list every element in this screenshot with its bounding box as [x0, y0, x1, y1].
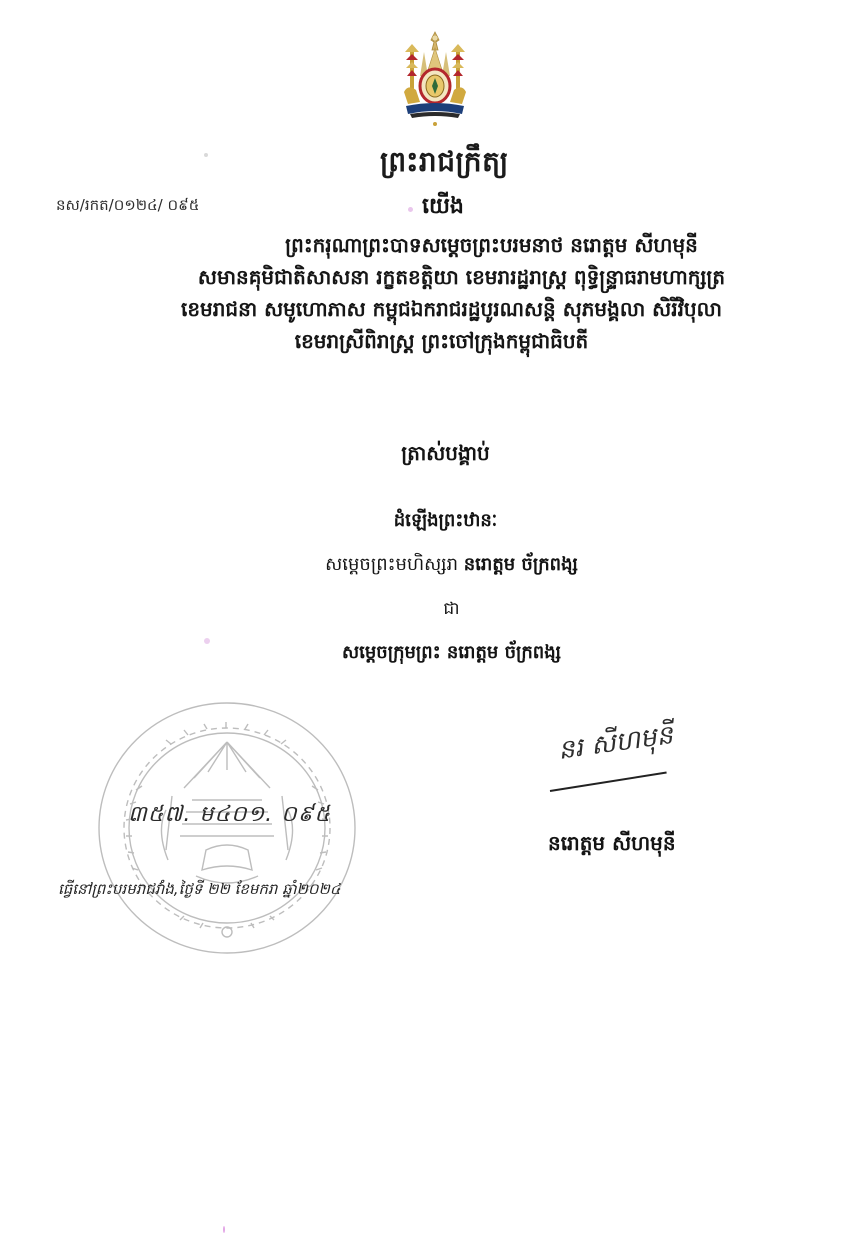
royal-coat-of-arms-icon: [400, 30, 470, 130]
promotion-label: ដំឡើងព្រះឋានៈ: [14, 508, 863, 535]
as-word: ជា: [20, 598, 863, 623]
decree-heading: ត្រាស់បង្គាប់: [14, 440, 863, 470]
current-title-name: នរោត្តម ច័ក្រពង្ស: [464, 554, 578, 575]
scan-speck: [408, 207, 413, 212]
signature-line: [550, 772, 667, 792]
signature: នរ សីហមុនី: [548, 718, 678, 810]
scan-speck: [204, 153, 208, 157]
royal-title-line: ខេមរាស្រីពិរាស្ត្រ ព្រះចៅក្រុងកម្ពុជាធិប…: [10, 328, 863, 358]
new-title: សម្តេចក្រុមព្រះ នរោត្តម ច័ក្រពង្ស: [20, 640, 863, 667]
royal-title-line: សមានគុមិជាតិសាសនា រក្ខតខត្តិយា ខេមរារដ្ឋ…: [30, 264, 863, 294]
royal-title-line: ខេមរាជនា សមូហោភាស កម្ពុជឯករាជរដ្ឋបូរណសន្…: [20, 296, 863, 326]
signer-name: នរោត្តម សីហមុនី: [548, 830, 676, 860]
document-title: ព្រះរាជក្រឹត្យ: [380, 144, 740, 185]
current-title-prefix: សម្តេចព្រះមហិស្សរា: [325, 554, 458, 575]
reference-number: នស/រកត/០១២៤/ ០៩៥: [56, 196, 199, 218]
royal-title-line: ព្រះករុណាព្រះបាទសម្តេចព្រះបរមនាថ នរោត្តម…: [60, 232, 863, 262]
we-heading: យើង: [422, 192, 464, 224]
place-and-date: ធ្វើនៅព្រះបរមរាជវាំង,ថ្ងៃទី ២២ ខែមករា ឆ្…: [58, 880, 340, 902]
scan-speck: [223, 1226, 225, 1233]
scan-speck: [204, 638, 210, 644]
registry-number: ៣៥៧. ម៤០១. ០៩៥: [128, 800, 331, 832]
signature-text: នរ សីហមុនី: [556, 718, 676, 772]
current-title: សម្តេចព្រះមហិស្សរា នរោត្តម ច័ក្រពង្ស: [20, 552, 863, 579]
